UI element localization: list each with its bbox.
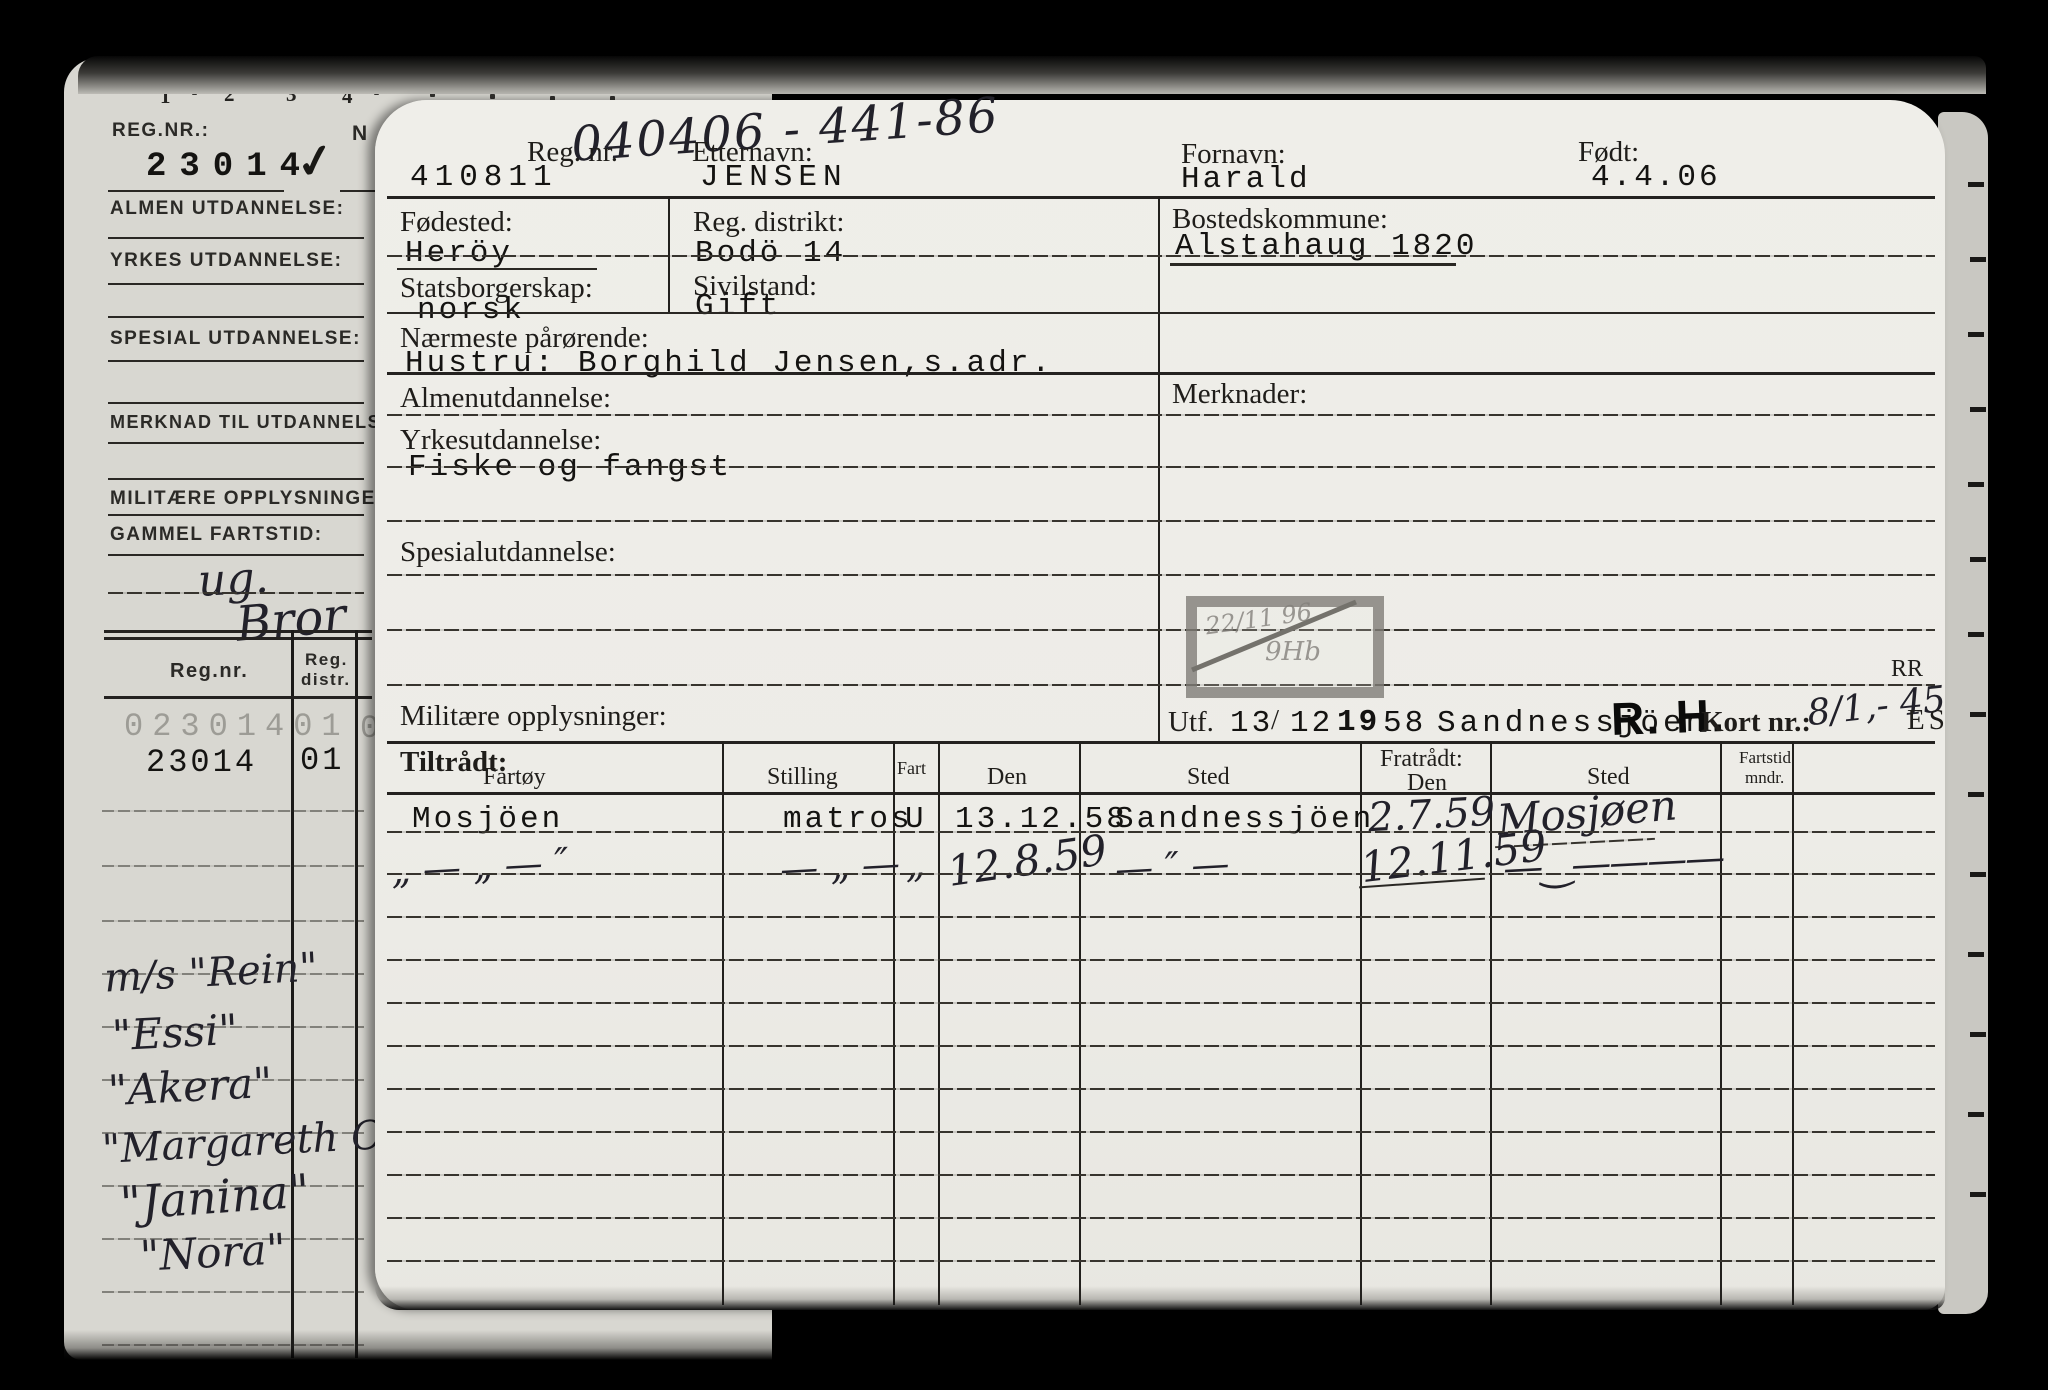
handwriting-ship: m/s "Rein" bbox=[103, 944, 319, 1001]
fodested-label: Fødested: bbox=[400, 206, 513, 239]
etternavn-value: JENSEN bbox=[700, 160, 848, 195]
parorende-value: Hustru: Borghild Jensen,s.adr. bbox=[405, 346, 1053, 381]
utf-century: 19 bbox=[1337, 705, 1380, 740]
scan-edge-shadow bbox=[78, 56, 1986, 94]
back-field-spesial: SPESIAL UTDANNELSE: bbox=[110, 328, 361, 350]
fodested-value: Heröy bbox=[405, 236, 513, 271]
utf-month: 12 bbox=[1290, 706, 1333, 741]
utf-slash: / bbox=[1271, 704, 1279, 737]
scan-edge-shadow bbox=[375, 1286, 1945, 1310]
kortnr-label: Kort nr.: bbox=[1701, 706, 1811, 739]
scan-edge-shadow bbox=[64, 1330, 772, 1360]
back-regnr-label: REG.NR.: bbox=[112, 120, 210, 142]
utf-year: 58 bbox=[1383, 706, 1426, 741]
regdistrikt-label: Reg. distrikt: bbox=[693, 206, 844, 239]
back-col-regdistr: distr. bbox=[301, 670, 351, 690]
sivilstand-value: Gift bbox=[695, 289, 781, 324]
back-field-militaere: MILITÆRE OPPLYSNINGER: bbox=[110, 488, 399, 510]
col-fartstid: Fartstid bbox=[1739, 748, 1791, 768]
main-card: 040406 - 441-86 Reg. nr. 410811 Etternav… bbox=[375, 100, 1945, 1310]
merknader-label: Merknader: bbox=[1172, 378, 1307, 411]
handwriting-ship: "Janina" bbox=[118, 1163, 311, 1230]
col-sted: Sted bbox=[1187, 764, 1230, 791]
rr-code: RR bbox=[1891, 656, 1923, 683]
col-stilling: Stilling bbox=[767, 764, 838, 791]
back-typed-regnr: 23014 bbox=[146, 744, 257, 781]
almen-label: Almenutdannelse: bbox=[400, 382, 611, 415]
back-col-regnr: Reg.nr. bbox=[170, 660, 248, 683]
spesial-label: Spesialutdannelse: bbox=[400, 536, 616, 569]
back-field-almen: ALMEN UTDANNELSE: bbox=[110, 198, 345, 220]
cancellation-stamp: 22/11 96 9Hb bbox=[1186, 596, 1384, 698]
back-field-gammel: GAMMEL FARTSTID: bbox=[110, 524, 323, 546]
utf-label: Utf. bbox=[1168, 706, 1214, 739]
col-fart: Fart bbox=[897, 758, 926, 779]
utf-day: 13 bbox=[1230, 706, 1273, 741]
pencil-note: 9Hb bbox=[1265, 637, 1321, 667]
back-col-regdistr: Reg. bbox=[305, 650, 348, 670]
row2-fart: „ bbox=[904, 842, 926, 887]
col-fartstid: mndr. bbox=[1745, 768, 1784, 788]
scanned-registration-card: 1 2 3 4 REG.NR.: 23014 ✓ N ALMEN UTDANNE… bbox=[0, 0, 2048, 1390]
col-den: Den bbox=[987, 764, 1027, 791]
back-typed-distr: 01 bbox=[300, 742, 344, 779]
fodt-value: 4.4.06 bbox=[1591, 160, 1721, 195]
regdistrikt-value: Bodö 14 bbox=[695, 236, 846, 271]
back-n-fragment: N bbox=[352, 122, 369, 146]
back-regnr-value: 23014 bbox=[146, 148, 313, 186]
es-code: ES bbox=[1907, 704, 1949, 737]
handwriting-ship: "Nora" bbox=[139, 1224, 287, 1281]
checkmark: ✓ bbox=[292, 131, 339, 191]
handwriting-ship: "Essi" bbox=[111, 1005, 239, 1061]
back-stamped-regnr: 02301401 bbox=[124, 708, 350, 745]
row2-stilling: — „ — bbox=[779, 841, 901, 891]
row2-sted: — ″ — bbox=[1114, 841, 1231, 891]
handwriting-ship: "Akera" bbox=[107, 1058, 274, 1116]
ruler-tick bbox=[490, 94, 495, 99]
row2-fartoy: „ — „ — ″ bbox=[390, 839, 570, 892]
bosted-value: Alstahaug 1820 bbox=[1175, 229, 1477, 264]
col-fratradt: Fratrådt: bbox=[1380, 746, 1463, 773]
back-field-yrkes: YRKES UTDANNELSE: bbox=[110, 250, 342, 272]
back-field-merknad: MERKNAD TIL UTDANNELSE: bbox=[110, 412, 402, 433]
fornavn-value: Harald bbox=[1181, 162, 1311, 197]
regnr-value: 410811 bbox=[410, 160, 558, 195]
militaere-label: Militære opplysninger: bbox=[400, 700, 667, 733]
col-fartoy: Fartøy bbox=[483, 764, 546, 791]
